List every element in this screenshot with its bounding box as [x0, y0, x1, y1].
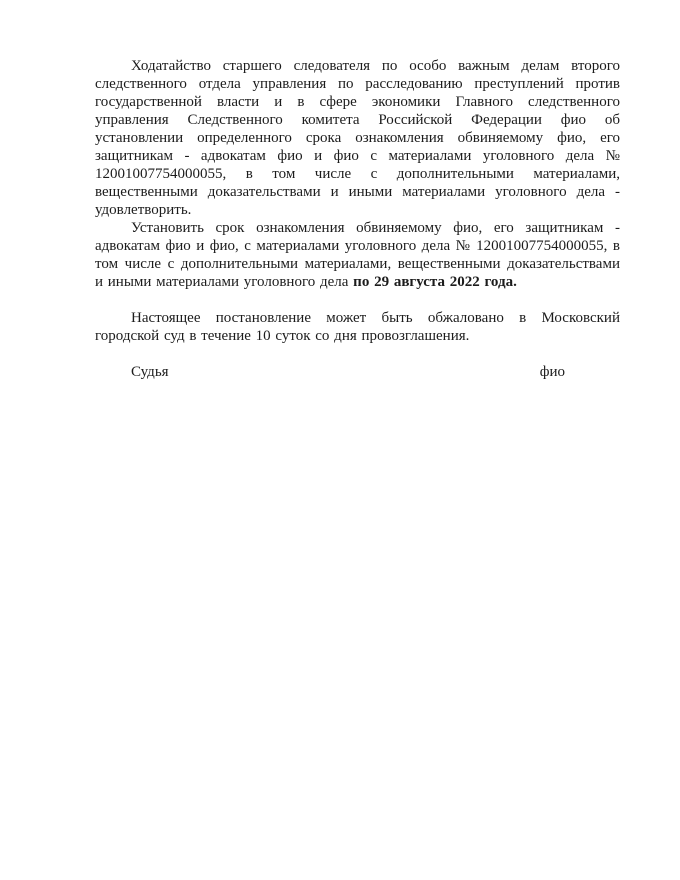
appeal-paragraph: Настоящее постановление может быть обжал… [95, 309, 620, 345]
judge-name: фио [540, 363, 565, 381]
court-order-document: { "document": { "paragraph_ruling": "Ход… [0, 0, 680, 880]
deadline-date-bold: по 29 августа 2022 года. [353, 274, 517, 290]
ruling-paragraph: Ходатайство старшего следователя по особ… [95, 57, 620, 219]
document-page: Ходатайство старшего следователя по особ… [0, 0, 680, 880]
judge-label: Судья [131, 363, 169, 381]
term-paragraph: Установить срок ознакомления обвиняемому… [95, 219, 620, 291]
signature-row: Судья фио [95, 363, 620, 381]
